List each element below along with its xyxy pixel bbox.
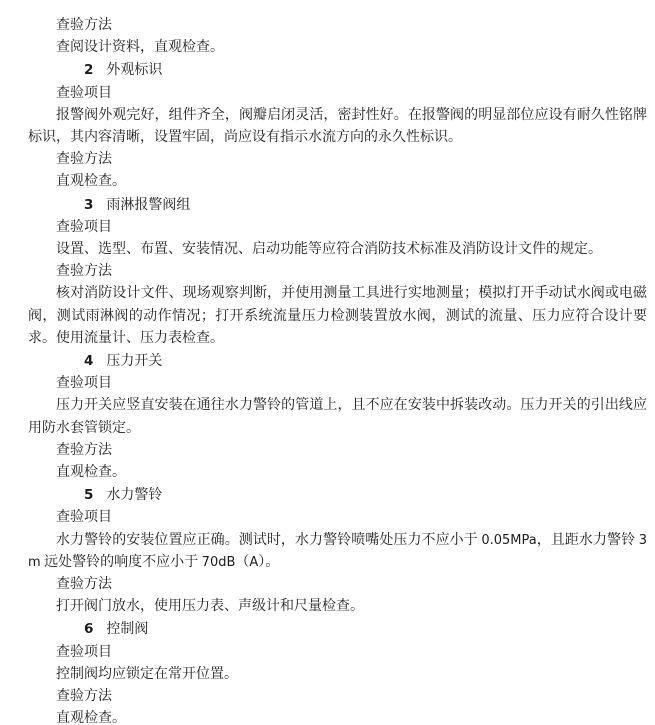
section-title: 外观标识 bbox=[106, 63, 162, 78]
section-number: 2 bbox=[56, 59, 93, 81]
section-heading: 4压力开关 bbox=[28, 350, 647, 373]
paragraph: 压力开关应竖直安装在通往水力警铃的管道上，且不应在安装中拆装改动。压力开关的引出… bbox=[28, 395, 647, 439]
paragraph: 控制阀均应锁定在常开位置。 bbox=[28, 664, 647, 686]
paragraph: 直观检查。 bbox=[28, 171, 647, 193]
paragraph: 直观检查。 bbox=[28, 462, 647, 484]
latin-text: 3m bbox=[28, 533, 647, 570]
clause-label: 查验方法 bbox=[28, 261, 647, 283]
paragraph: 核对消防设计文件、现场观察判断，并使用测量工具进行实地测量；模拟打开手动试水阀或… bbox=[28, 283, 647, 350]
clause-label: 查验方法 bbox=[28, 574, 647, 596]
section-number: 6 bbox=[56, 618, 93, 640]
paragraph: 设置、选型、布置、安装情况、启动功能等应符合消防技术标准及消防设计文件的规定。 bbox=[28, 239, 647, 261]
clause-label: 查验项目 bbox=[28, 217, 647, 239]
document-page: 查验方法查阅设计资料，直观检查。2外观标识查验项目报警阀外观完好，组件齐全，阀瓣… bbox=[0, 0, 655, 725]
section-heading: 5水力警铃 bbox=[28, 484, 647, 507]
section-number: 5 bbox=[56, 484, 93, 506]
clause-label: 查验方法 bbox=[28, 686, 647, 708]
section-title: 雨淋报警阀组 bbox=[106, 198, 190, 213]
clause-label: 查验项目 bbox=[28, 83, 647, 105]
clause-label: 查验项目 bbox=[28, 373, 647, 395]
paragraph: 报警阀外观完好，组件齐全，阀瓣启闭灵活，密封性好。在报警阀的明显部位应设有耐久性… bbox=[28, 105, 647, 149]
section-number: 3 bbox=[56, 194, 93, 216]
section-title: 水力警铃 bbox=[106, 488, 162, 503]
clause-label: 查验方法 bbox=[28, 440, 647, 462]
clause-label: 查验项目 bbox=[28, 642, 647, 664]
clause-label: 查验方法 bbox=[28, 149, 647, 171]
section-title: 控制阀 bbox=[106, 622, 148, 637]
paragraph: 打开阀门放水，使用压力表、声级计和尺量检查。 bbox=[28, 596, 647, 618]
section-title: 压力开关 bbox=[106, 354, 162, 369]
clause-label: 查验方法 bbox=[28, 15, 647, 37]
section-number: 4 bbox=[56, 350, 93, 372]
section-heading: 2外观标识 bbox=[28, 59, 647, 82]
latin-text: 70dB bbox=[202, 555, 236, 570]
paragraph: 水力警铃的安装位置应正确。测试时，水力警铃喷嘴处压力不应小于 0.05MPa，且… bbox=[28, 530, 647, 574]
section-heading: 6控制阀 bbox=[28, 618, 647, 641]
section-heading: 3雨淋报警阀组 bbox=[28, 194, 647, 217]
paragraph: 直观检查。 bbox=[28, 708, 647, 725]
latin-text: 0.05MPa bbox=[481, 533, 536, 548]
paragraph: 查阅设计资料，直观检查。 bbox=[28, 37, 647, 59]
latin-text: A bbox=[249, 555, 258, 570]
document-content: 查验方法查阅设计资料，直观检查。2外观标识查验项目报警阀外观完好，组件齐全，阀瓣… bbox=[28, 15, 647, 725]
clause-label: 查验项目 bbox=[28, 507, 647, 529]
